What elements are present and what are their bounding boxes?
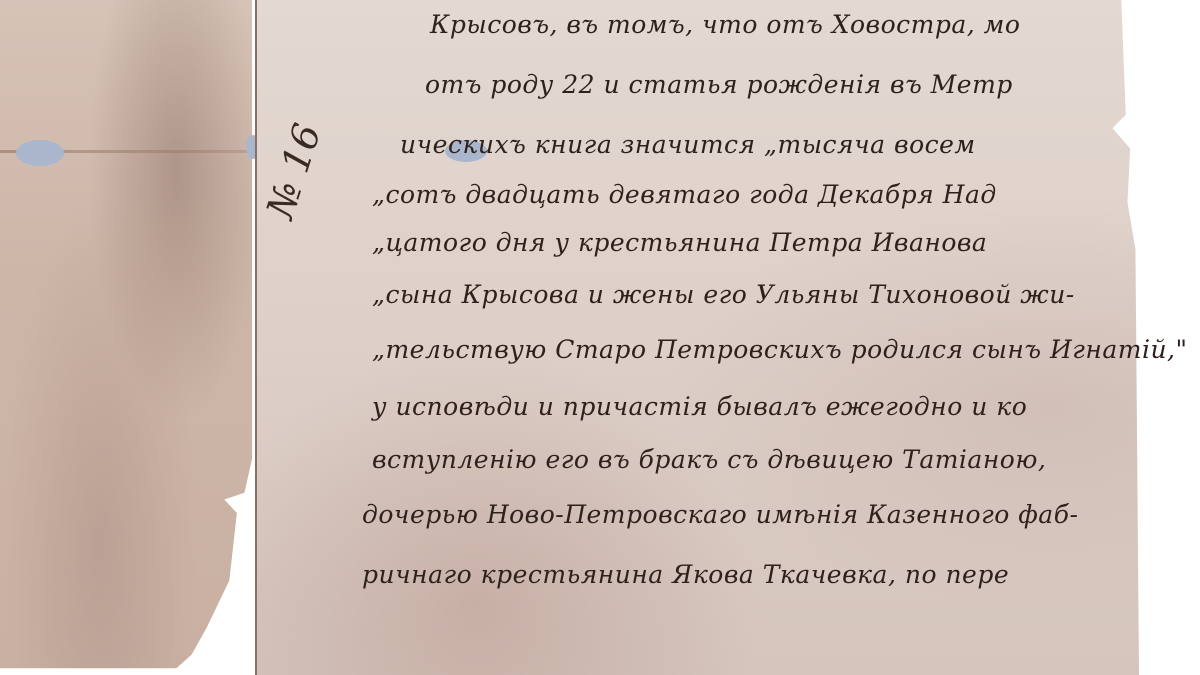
left-page-fragment: [0, 0, 252, 675]
handwritten-line: „сына Крысова и жены его Ульяны Тихоново…: [372, 280, 1075, 309]
handwritten-line: „цатого дня у крестьянина Петра Иванова: [372, 228, 987, 257]
handwritten-line: Крысовъ, въ томъ, что отъ Ховостра, мо: [430, 10, 1020, 39]
handwritten-line: ричнаго крестьянина Якова Ткачевка, по п…: [362, 560, 1009, 589]
handwritten-line: у исповѣди и причастія бывалъ ежегодно и…: [372, 392, 1027, 421]
paper-hole-patch: [16, 140, 64, 166]
handwritten-line: ическихъ книга значится „тысяча восем: [400, 130, 976, 159]
handwritten-line: вступленію его въ бракъ съ дѣвицею Татіа…: [372, 445, 1046, 474]
margin-number-note: № 16: [262, 150, 332, 410]
handwritten-line: дочерью Ново-Петровскаго имѣнія Казенног…: [362, 500, 1078, 529]
handwritten-line: „сотъ двадцать девятаго года Декабря Над: [372, 180, 997, 209]
handwritten-line: „тельствую Старо Петровскихъ родился сын…: [372, 335, 1188, 364]
handwritten-line: отъ роду 22 и статья рожденія въ Метр: [425, 70, 1013, 99]
